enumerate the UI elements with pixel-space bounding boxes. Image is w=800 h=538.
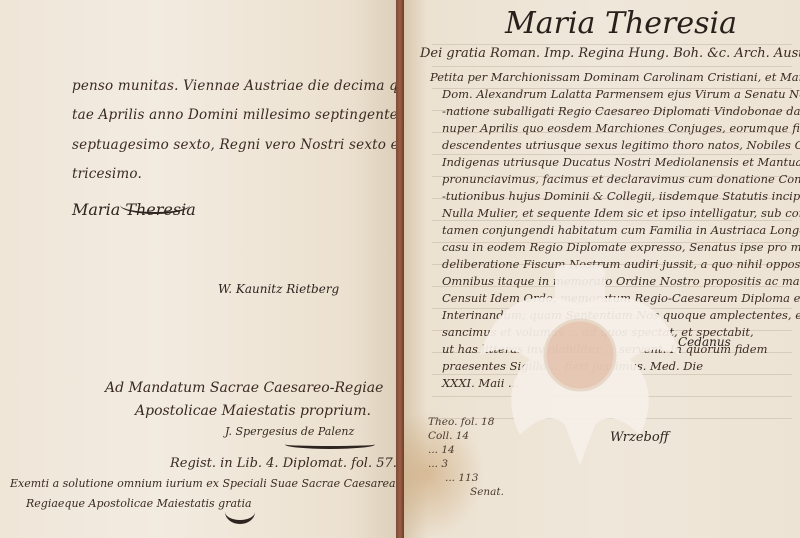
closing-line-1: penso munitas. Viennae Austriae die deci… (72, 78, 425, 94)
intitulatio: Dei gratia Roman. Imp. Regina Hung. Boh.… (420, 46, 800, 61)
margin-note: ... 113 (445, 472, 478, 484)
body-line: nuper Aprilis quo eosdem Marchiones Conj… (442, 121, 800, 135)
margin-note: ... 14 (428, 444, 455, 456)
signature-flourish (120, 196, 190, 214)
margin-note: Theo. fol. 18 (428, 416, 494, 428)
book-spine (396, 0, 404, 538)
body-line: Dom. Alexandrum Lalatta Parmensem ejus V… (442, 87, 800, 101)
left-page: penso munitas. Viennae Austriae die deci… (0, 0, 396, 538)
paraph-mark (225, 500, 255, 524)
body-line: pronunciavimus, facimus et declaravimus … (442, 172, 800, 186)
secretary-flourish (285, 440, 375, 449)
manuscript-spread: penso munitas. Viennae Austriae die deci… (0, 0, 800, 538)
exemption-line-1: Exemti a solutione omnium iurium ex Spec… (10, 477, 402, 490)
body-line: tamen conjungendi habitatum cum Familia … (442, 223, 800, 237)
mandate-line-1: Ad Mandatum Sacrae Caesareo-Regiae (105, 380, 383, 396)
body-line: Petita per Marchionissam Dominam Carolin… (430, 70, 800, 84)
margin-note: Senat. (470, 486, 504, 498)
secretary-signature: J. Spergesius de Palenz (225, 425, 354, 438)
body-line: casu in eodem Regio Diplomate expresso, … (442, 240, 800, 254)
body-line: Nulla Mulier, et sequente Idem sic et ip… (442, 206, 800, 220)
exemption-line-2: Regiaeque Apostolicae Maiestatis gratia (26, 497, 252, 510)
margin-note: ... 3 (428, 458, 448, 470)
closing-line-3: septuagesimo sexto, Regni vero Nostri se… (72, 137, 404, 153)
chancellor-signature: W. Kaunitz Rietberg (218, 282, 339, 296)
right-signature: Cedanus (678, 335, 731, 349)
margin-note: Coll. 14 (428, 430, 469, 442)
body-line: Indigenas utriusque Ducatus Nostri Medio… (442, 155, 800, 169)
registration-note: Regist. in Lib. 4. Diplomat. fol. 57. (170, 456, 397, 471)
body-line: descendentes utriusque sexus legitimo th… (442, 138, 800, 152)
document-title: Maria Theresia (505, 6, 737, 41)
body-line: -tutionibus hujus Dominii & Collegii, ii… (442, 189, 800, 203)
mandate-line-2: Apostolicae Maiestatis proprium. (135, 403, 371, 419)
closing-line-2: tae Aprilis anno Domini millesimo septin… (72, 107, 431, 123)
closing-line-4: tricesimo. (72, 166, 142, 182)
body-line: -natione suballigati Regio Caesareo Dipl… (442, 104, 800, 118)
registrar-signature: Wrzeboff (610, 430, 669, 445)
